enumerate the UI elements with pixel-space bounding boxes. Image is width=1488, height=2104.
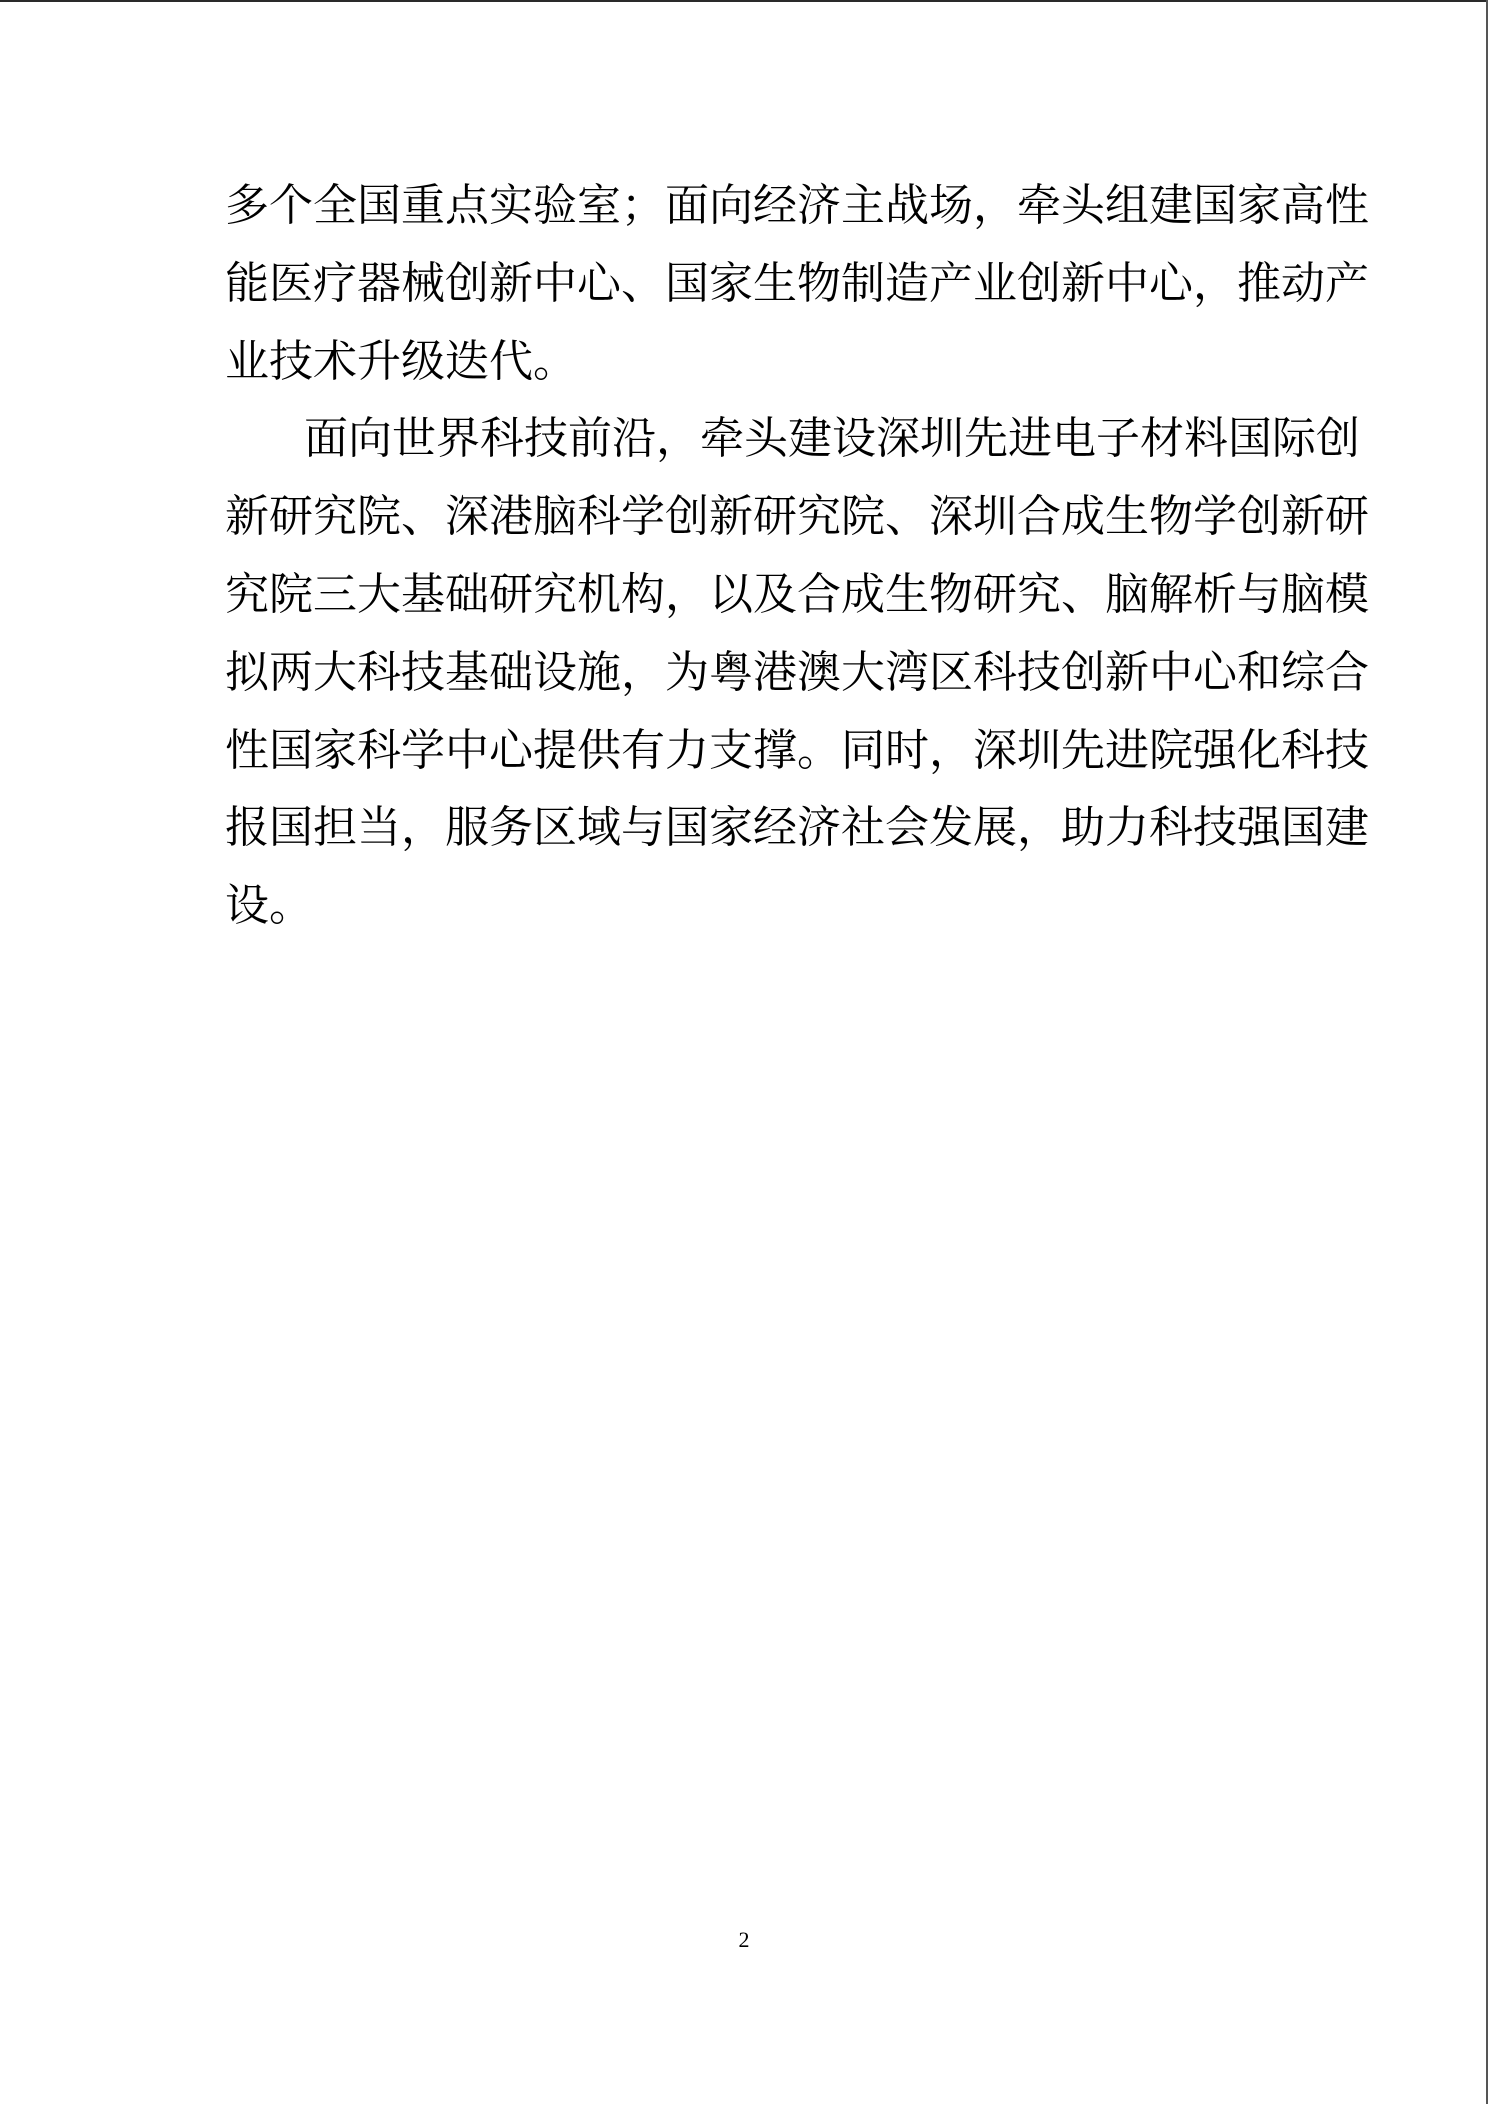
text-line: 业技术升级迭代。 bbox=[225, 323, 1265, 401]
text-line: 面向世界科技前沿，牵头建设深圳先进电子材料国际创 bbox=[225, 400, 1265, 478]
document-page: 多个全国重点实验室；面向经济主战场，牵头组建国家高性 能医疗器械创新中心、国家生… bbox=[0, 0, 1488, 2104]
text-line: 多个全国重点实验室；面向经济主战场，牵头组建国家高性 bbox=[225, 167, 1265, 245]
page-number: 2 bbox=[0, 1927, 1488, 1953]
text-line: 设。 bbox=[225, 867, 1265, 945]
text-line: 报国担当，服务区域与国家经济社会发展，助力科技强国建 bbox=[225, 789, 1265, 867]
text-line: 性国家科学中心提供有力支撑。同时，深圳先进院强化科技 bbox=[225, 712, 1265, 790]
paragraph-1: 多个全国重点实验室；面向经济主战场，牵头组建国家高性 能医疗器械创新中心、国家生… bbox=[225, 167, 1265, 400]
text-line: 新研究院、深港脑科学创新研究院、深圳合成生物学创新研 bbox=[225, 478, 1265, 556]
body-text: 多个全国重点实验室；面向经济主战场，牵头组建国家高性 能医疗器械创新中心、国家生… bbox=[225, 167, 1265, 945]
paragraph-2: 面向世界科技前沿，牵头建设深圳先进电子材料国际创 新研究院、深港脑科学创新研究院… bbox=[225, 400, 1265, 945]
text-line: 能医疗器械创新中心、国家生物制造产业创新中心，推动产 bbox=[225, 245, 1265, 323]
text-line: 究院三大基础研究机构，以及合成生物研究、脑解析与脑模 bbox=[225, 556, 1265, 634]
text-line: 拟两大科技基础设施，为粤港澳大湾区科技创新中心和综合 bbox=[225, 634, 1265, 712]
page-top-border bbox=[0, 0, 1488, 2]
